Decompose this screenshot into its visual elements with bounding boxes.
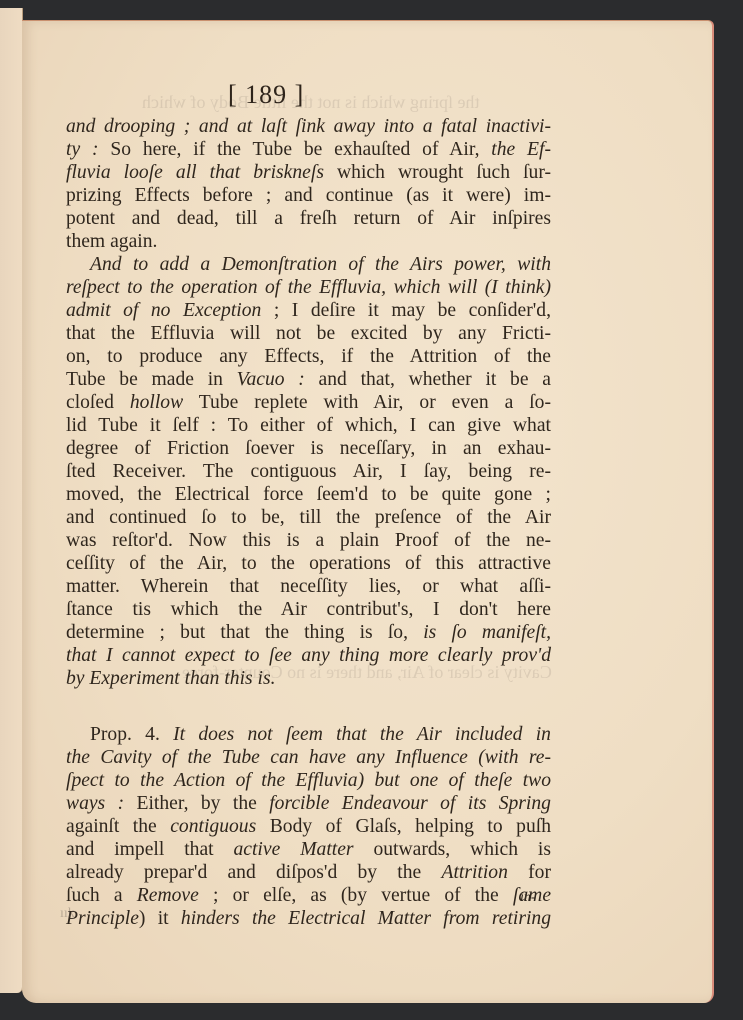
roman-segment: Tube replete with Air, or even a ſo-: [183, 392, 551, 413]
catchword: in-: [520, 890, 536, 906]
roman-segment: ſtance tis which the Air contribut's, I …: [66, 599, 551, 620]
text-line: was reſtor'd. Now this is a plain Proof …: [66, 529, 551, 552]
text-line: ſpect to the Action of the Effluvia) but…: [66, 769, 551, 792]
previous-page-edge: [0, 8, 23, 993]
italic-segment: ty :: [66, 139, 99, 160]
page-number: [ 189 ]: [228, 80, 304, 110]
italic-segment: ways :: [66, 793, 124, 814]
text-line: matter. Wherein that neceſſity lies, or …: [66, 575, 551, 598]
text-line: Principle) it hinders the Electrical Mat…: [66, 907, 551, 930]
text-line: And to add a Demonſtration of the Airs p…: [66, 253, 551, 276]
text-line: admit of no Exception ; I deſire it may …: [66, 299, 551, 322]
text-line: that the Effluvia will not be excited by…: [66, 322, 551, 345]
paragraph-gap: [66, 690, 551, 723]
roman-segment: ceſſity of the Air, to the operations of…: [66, 553, 551, 574]
text-line: ſted Receiver. The contiguous Air, I ſay…: [66, 460, 551, 483]
roman-segment: lid Tube it ſelf : To either of which, I…: [66, 415, 551, 436]
text-line: the Cavity of the Tube can have any Infl…: [66, 746, 551, 769]
italic-segment: Remove: [137, 885, 199, 906]
text-line: Tube be made in Vacuo : and that, whethe…: [66, 368, 551, 391]
roman-segment: that the Effluvia will not be excited by…: [66, 323, 551, 344]
roman-segment: already prepar'd and diſpos'd by the: [66, 862, 441, 883]
text-line: potent and dead, till a freſh return of …: [66, 207, 551, 230]
roman-segment: and that, whether it be a: [305, 369, 551, 390]
text-line: by Experiment than this is.: [66, 667, 551, 690]
roman-segment: againſt the: [66, 816, 170, 837]
roman-segment: on, to produce any Effects, if the Attri…: [66, 346, 551, 367]
italic-segment: by Experiment than this is.: [66, 668, 276, 689]
italic-segment: is ſo manifeſt,: [423, 622, 551, 643]
italic-segment: forcible Endeavour of its Spring: [269, 793, 551, 814]
roman-segment: ) it: [139, 908, 181, 929]
italic-segment: the Cavity of the Tube can have any Infl…: [66, 747, 551, 768]
text-line: ſtance tis which the Air contribut's, I …: [66, 598, 551, 621]
bleed-through-text: the ſpring which is not the little Body …: [142, 91, 479, 114]
text-line: already prepar'd and diſpos'd by the Att…: [66, 861, 551, 884]
italic-segment: hinders the Electrical Matter from retir…: [181, 908, 551, 929]
italic-segment: admit of no Exception: [66, 300, 261, 321]
bleed-through-mark: ıık: [60, 906, 75, 922]
roman-segment: them again.: [66, 231, 157, 252]
text-line: Prop. 4. It does not ſeem that the Air i…: [66, 723, 551, 746]
text-line: prizing Effects before ; and continue (a…: [66, 184, 551, 207]
text-line: ſuch a Remove ; or elſe, as (by vertue o…: [66, 884, 551, 907]
italic-segment: hollow: [130, 392, 183, 413]
text-line: reſpect to the operation of the Effluvia…: [66, 276, 551, 299]
text-line: them again.: [66, 230, 551, 253]
italic-segment: Attrition: [441, 862, 507, 883]
italic-segment: contiguous: [170, 816, 256, 837]
roman-segment: Tube be made in: [66, 369, 237, 390]
text-line: ty : So here, if the Tube be exhauſted o…: [66, 138, 551, 161]
roman-segment: and impell that: [66, 839, 234, 860]
text-line: on, to produce any Effects, if the Attri…: [66, 345, 551, 368]
text-line: and impell that active Matter outwards, …: [66, 838, 551, 861]
italic-segment: Principle: [66, 908, 139, 929]
text-line: fluvia looſe all that briskneſs which wr…: [66, 161, 551, 184]
roman-segment: So here, if the Tube be exhauſted of Air…: [99, 139, 492, 160]
italic-segment: and drooping ; and at laſt ſink away int…: [66, 116, 551, 137]
text-line: cloſed hollow Tube replete with Air, or …: [66, 391, 551, 414]
text-line: that I cannot expect to ſee any thing mo…: [66, 644, 551, 667]
italic-segment: active Matter: [234, 839, 354, 860]
paragraph-p1: and drooping ; and at laſt ſink away int…: [66, 115, 551, 253]
roman-segment: and continued ſo to be, till the preſenc…: [66, 507, 551, 528]
italic-segment: Vacuo :: [237, 369, 305, 390]
text-line: againſt the contiguous Body of Glaſs, he…: [66, 815, 551, 838]
roman-segment: ; or elſe, as (by vertue of the: [199, 885, 513, 906]
text-line: and drooping ; and at laſt ſink away int…: [66, 115, 551, 138]
italic-segment: the Ef-: [491, 139, 551, 160]
text-line: degree of Friction ſoever is neceſſary, …: [66, 437, 551, 460]
text-line: and continued ſo to be, till the preſenc…: [66, 506, 551, 529]
roman-segment: ſuch a: [66, 885, 137, 906]
roman-segment: moved, the Electrical force ſeem'd to be…: [66, 484, 551, 505]
text-line: moved, the Electrical force ſeem'd to be…: [66, 483, 551, 506]
roman-segment: which wrought ſuch ſur-: [324, 162, 551, 183]
roman-segment: ſted Receiver. The contiguous Air, I ſay…: [66, 461, 551, 482]
roman-segment: outwards, which is: [354, 839, 551, 860]
text-line: lid Tube it ſelf : To either of which, I…: [66, 414, 551, 437]
body-text: and drooping ; and at laſt ſink away int…: [66, 115, 551, 930]
text-line: ways : Either, by the forcible Endeavour…: [66, 792, 551, 815]
roman-segment: matter. Wherein that neceſſity lies, or …: [66, 576, 551, 597]
roman-segment: ; I deſire it may be conſider'd,: [261, 300, 551, 321]
roman-segment: cloſed: [66, 392, 130, 413]
roman-segment: determine ; but that the thing is ſo,: [66, 622, 423, 643]
roman-segment: degree of Friction ſoever is neceſſary, …: [66, 438, 551, 459]
italic-segment: And to add a Demonſtration of the Airs p…: [90, 254, 551, 275]
italic-segment: that I cannot expect to ſee any thing mo…: [66, 645, 551, 666]
roman-segment: for: [508, 862, 551, 883]
italic-segment: reſpect to the operation of the Effluvia…: [66, 277, 551, 298]
roman-segment: Body of Glaſs, helping to puſh: [256, 816, 551, 837]
italic-segment: fluvia looſe all that briskneſs: [66, 162, 324, 183]
roman-segment: potent and dead, till a freſh return of …: [66, 208, 551, 229]
text-line: ceſſity of the Air, to the operations of…: [66, 552, 551, 575]
roman-segment: Either, by the: [124, 793, 269, 814]
italic-segment: It does not ſeem that the Air included i…: [173, 724, 551, 745]
roman-segment: was reſtor'd. Now this is a plain Proof …: [66, 530, 551, 551]
text-line: determine ; but that the thing is ſo, is…: [66, 621, 551, 644]
roman-segment: Prop. 4.: [90, 724, 173, 745]
roman-segment: prizing Effects before ; and continue (a…: [66, 185, 551, 206]
paragraph-p2: And to add a Demonſtration of the Airs p…: [66, 253, 551, 690]
paragraph-p3: Prop. 4. It does not ſeem that the Air i…: [66, 723, 551, 930]
italic-segment: ſpect to the Action of the Effluvia) but…: [66, 770, 551, 791]
